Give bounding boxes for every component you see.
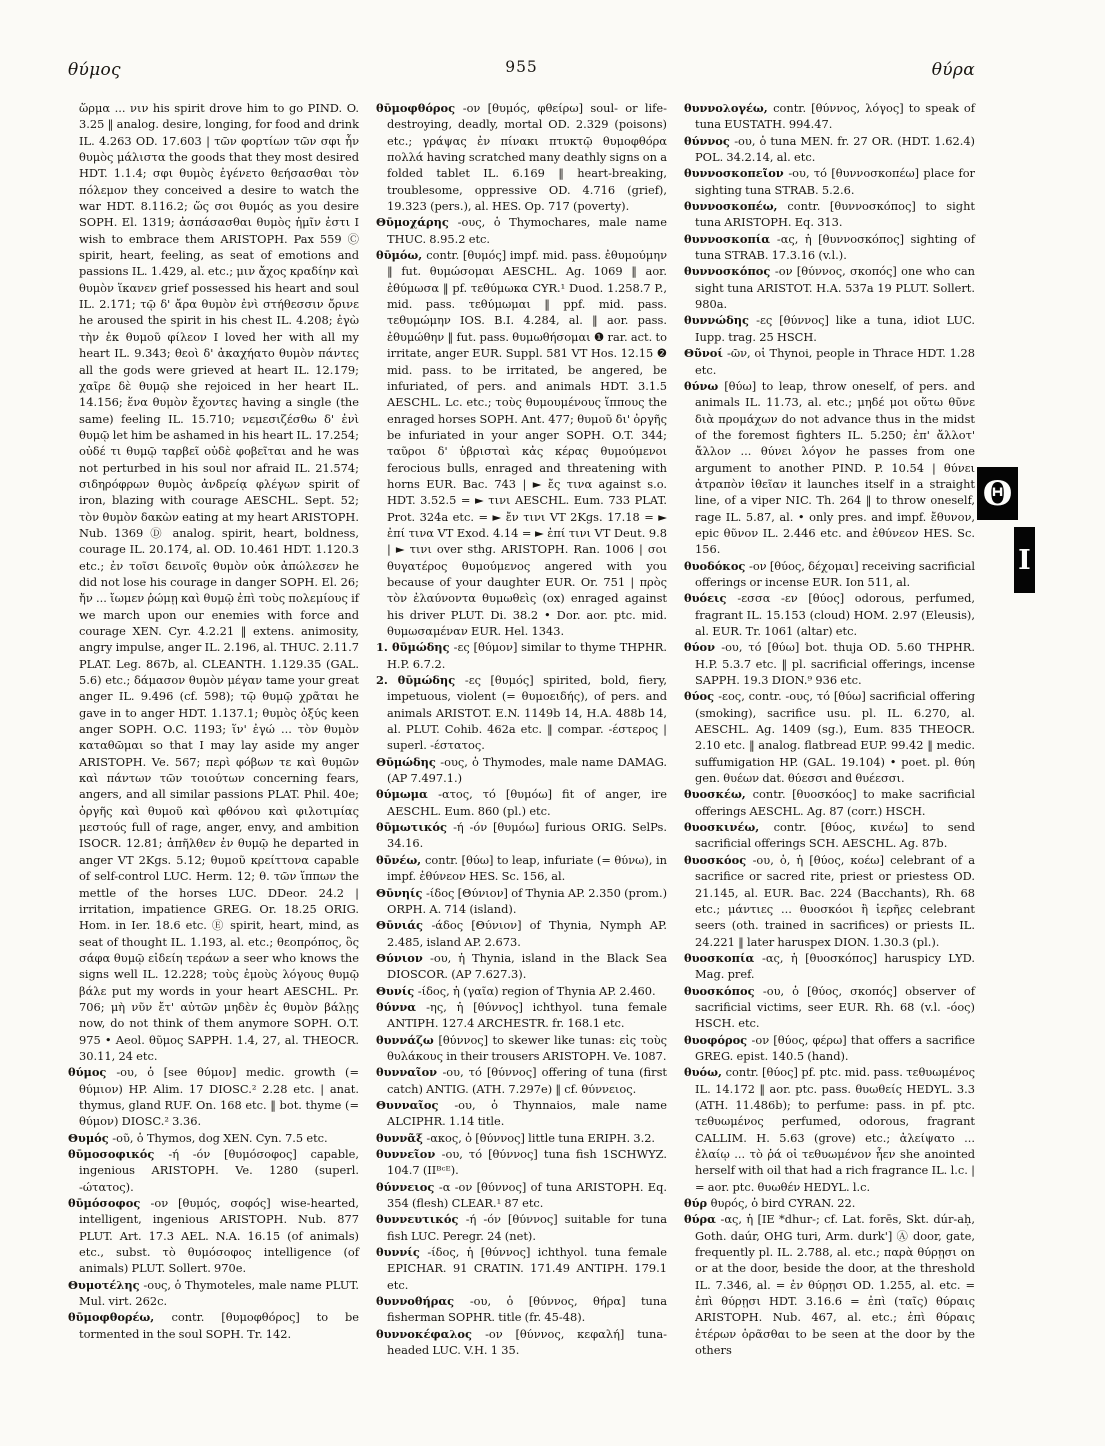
- dictionary-entry: θυννοθήρας -ου, ὁ [θύννος, θήρα] tuna fi…: [376, 1293, 667, 1326]
- page-header: θύμος 955 θύρα: [68, 58, 975, 88]
- dictionary-entry: Θυμός -οῦ, ὁ Thymos, dog XEN. Cyn. 7.5 e…: [68, 1130, 359, 1146]
- entry-headword: θύννα: [376, 1000, 426, 1014]
- dictionary-entry: θῡμόω, contr. [θυμός] impf. mid. pass. ἐ…: [376, 247, 667, 639]
- dictionary-entry: ὥρμα ... νιν his spirit drove him to go …: [68, 100, 359, 1064]
- dictionary-entry: Θυνναῖος -ου, ὁ Thynnaios, male name ALC…: [376, 1097, 667, 1130]
- entry-headword: θύρα: [684, 1212, 721, 1226]
- entry-headword: θυοσκινέω,: [684, 820, 774, 834]
- entry-headword: Θῡνηίς: [376, 886, 426, 900]
- entry-headword: Θῡμώδης: [376, 755, 440, 769]
- dictionary-entry: θύννα -ης, ἡ [θύννος] ichthyol. tuna fem…: [376, 999, 667, 1032]
- dictionary-entry: θυοσκοπία -ας, ἡ [θυοσκόπος] haruspicy L…: [684, 950, 975, 983]
- entry-headword: Θῦνοί: [684, 346, 727, 360]
- dictionary-entry: θυοφόρος -ον [θύος, φέρω] that offers a …: [684, 1032, 975, 1065]
- entry-headword: θῡμόσοφος: [68, 1196, 151, 1210]
- page-number: 955: [68, 58, 975, 76]
- entry-headword: θυόεις: [684, 591, 737, 605]
- dictionary-entry: θυννοσκοπία -ας, ἡ [θυννοσκόπος] sightin…: [684, 231, 975, 264]
- entry-headword: θύνω: [684, 379, 724, 393]
- dictionary-entry: 1. θῡμώδης -ες [θύμον] similar to thyme …: [376, 639, 667, 672]
- dictionary-entry: θύννος -ου, ὁ tuna MEN. fr. 27 OR. (HDT.…: [684, 133, 975, 166]
- entry-headword: θυννοσκοπία: [684, 232, 777, 246]
- entry-headword: θυννάζω: [376, 1033, 438, 1047]
- text-column-2: θῡμοφθόρος -ον [θυμός, φθείρω] soul- or …: [376, 100, 667, 1358]
- entry-headword: Θυνίς: [376, 984, 418, 998]
- dictionary-entry: θυννοσκοπεῖον -ου, τό [θυννοσκοπέω] plac…: [684, 165, 975, 198]
- entry-headword: θυννολογέω,: [684, 101, 773, 115]
- dictionary-entry: Θῡνιάς -άδος [Θύνιον] of Thynia, Nymph A…: [376, 917, 667, 950]
- entry-headword: θυννοθήρας: [376, 1294, 470, 1308]
- dictionary-entry: θύννειος -α -ον [θύννος] of tuna ARISTOP…: [376, 1179, 667, 1212]
- entry-headword: Θῡμοχάρης: [376, 215, 458, 229]
- thumb-index-volume-mark: I: [1014, 527, 1035, 593]
- text-columns: ὥρμα ... νιν his spirit drove him to go …: [68, 100, 975, 1358]
- dictionary-entry: θυοσκέω, contr. [θυοσκόος] to make sacri…: [684, 786, 975, 819]
- entry-headword: 1. θῡμώδης: [376, 640, 454, 654]
- dictionary-entry: θυοσκόπος -ου, ὁ [θύος, σκοπός] observer…: [684, 983, 975, 1032]
- entry-headword: θυννοσκοπέω,: [684, 199, 787, 213]
- entry-headword: θυόω,: [684, 1065, 726, 1079]
- text-column-1: ὥρμα ... νιν his spirit drove him to go …: [68, 100, 359, 1358]
- entry-headword: θυννοκέφαλος: [376, 1327, 485, 1341]
- entry-headword: θῡνέω,: [376, 853, 425, 867]
- entry-headword: θυννεῖον: [376, 1147, 442, 1161]
- entry-headword: θυννᾶξ: [376, 1131, 426, 1145]
- dictionary-entry: θυοδόκος -ον [θύος, δέχομαι] receiving s…: [684, 558, 975, 591]
- dictionary-entry: θύμος -ου, ὁ [see θύμον] medic. growth (…: [68, 1064, 359, 1129]
- dictionary-entry: θῡνέω, contr. [θύω] to leap, infuriate (…: [376, 852, 667, 885]
- entry-headword: θυννίς: [376, 1245, 427, 1259]
- entry-headword: θύμος: [68, 1065, 116, 1079]
- dictionary-entry: θυννοσκοπέω, contr. [θυννοσκόπος] to sig…: [684, 198, 975, 231]
- dictionary-entry: θυννοκέφαλος -ον [θύννος, κεφαλή] tuna-h…: [376, 1326, 667, 1359]
- entry-headword: θῡμοφθόρος: [376, 101, 463, 115]
- entry-headword: θυνναῖον: [376, 1065, 442, 1079]
- entry-headword: θυννοσκόπος: [684, 264, 775, 278]
- entry-headword: 2. θῡμώδης: [376, 673, 465, 687]
- dictionary-entry: 2. θῡμώδης -ες [θυμός] spirited, bold, f…: [376, 672, 667, 754]
- dictionary-entry: θῡμωτικός -ή -όν [θυμόω] furious ORIG. S…: [376, 819, 667, 852]
- dictionary-page: θύμος 955 θύρα ὥρμα ... νιν his spirit d…: [0, 0, 1105, 1446]
- entry-headword: Θύνιον: [376, 951, 430, 965]
- entry-headword: θυννευτικός: [376, 1212, 466, 1226]
- entry-headword: θῡμόω,: [376, 248, 426, 262]
- dictionary-entry: Θύνιον -ου, ἡ Thynia, island in the Blac…: [376, 950, 667, 983]
- dictionary-entry: θῡμοφθορέω, contr. [θυμοφθόρος] to be to…: [68, 1309, 359, 1342]
- dictionary-entry: θυνναῖον -ου, τό [θύννος] offering of tu…: [376, 1064, 667, 1097]
- dictionary-entry: Θυνίς -ίδος, ἡ (γαῖα) region of Thynia A…: [376, 983, 667, 999]
- entry-headword: θύννος: [684, 134, 734, 148]
- entry-headword: θύος: [684, 689, 718, 703]
- dictionary-entry: θύρα -ας, ἡ [IE *dhur-; cf. Lat. forēs, …: [684, 1211, 975, 1358]
- dictionary-entry: Θῡμοχάρης -ους, ὁ Thymochares, male name…: [376, 214, 667, 247]
- dictionary-entry: θυννίς -ίδος, ἡ [θύννος] ichthyol. tuna …: [376, 1244, 667, 1293]
- dictionary-entry: Θῡνηίς -ίδος [Θύνιον] of Thynia AP. 2.35…: [376, 885, 667, 918]
- entry-headword: Θυμοτέλης: [68, 1278, 143, 1292]
- entry-headword: θυοδόκος: [684, 559, 749, 573]
- dictionary-entry: θῡμοσοφικός -ή -όν [θυμόσοφος] capable, …: [68, 1146, 359, 1195]
- dictionary-entry: θυννάζω [θύννος] to skewer like tunas: ε…: [376, 1032, 667, 1065]
- entry-headword: θυοσκέω,: [684, 787, 753, 801]
- dictionary-entry: θύον -ου, τό [θύω] bot. thuja OD. 5.60 T…: [684, 639, 975, 688]
- dictionary-entry: θυννευτικός -ή -όν [θύννος] suitable for…: [376, 1211, 667, 1244]
- entry-headword: Θυνναῖος: [376, 1098, 454, 1112]
- dictionary-entry: θυοσκινέω, contr. [θύος, κινέω] to send …: [684, 819, 975, 852]
- dictionary-entry: θύμωμα -ατος, τό [θυμόω] fit of anger, i…: [376, 786, 667, 819]
- entry-headword: θυοσκόπος: [684, 984, 763, 998]
- running-head-right: θύρα: [932, 60, 975, 80]
- entry-headword: θύρ: [684, 1196, 711, 1210]
- dictionary-entry: θυόεις -εσσα -εν [θύος] odorous, perfume…: [684, 590, 975, 639]
- entry-headword: Θῡνιάς: [376, 918, 431, 932]
- dictionary-entry: θυννᾶξ -ακος, ὁ [θύννος] little tuna ERI…: [376, 1130, 667, 1146]
- dictionary-entry: θυννοσκόπος -ον [θύννος, σκοπός] one who…: [684, 263, 975, 312]
- entry-headword: θύον: [684, 640, 721, 654]
- entry-headword: θυοσκοπία: [684, 951, 762, 965]
- entry-headword: θῡμοσοφικός: [68, 1147, 168, 1161]
- dictionary-entry: θῡμόσοφος -ον [θυμός, σοφός] wise-hearte…: [68, 1195, 359, 1277]
- dictionary-entry: Θῡμώδης -ους, ὁ Thymodes, male name DAMA…: [376, 754, 667, 787]
- entry-headword: θυννώδης: [684, 313, 756, 327]
- dictionary-entry: θύρ θυρός, ὁ bird CYRAN. 22.: [684, 1195, 975, 1211]
- entry-headword: θυννοσκοπεῖον: [684, 166, 788, 180]
- dictionary-entry: θυννώδης -ες [θύννος] like a tuna, idiot…: [684, 312, 975, 345]
- entry-headword: θύννειος: [376, 1180, 439, 1194]
- dictionary-entry: θυόω, contr. [θύος] pf. ptc. mid. pass. …: [684, 1064, 975, 1195]
- entry-headword: Θυμός: [68, 1131, 112, 1145]
- dictionary-entry: Θυμοτέλης -ους, ὁ Thymoteles, male name …: [68, 1277, 359, 1310]
- dictionary-entry: θύνω [θύω] to leap, throw oneself, of pe…: [684, 378, 975, 558]
- thumb-index-letter-tab: Θ: [977, 467, 1018, 520]
- dictionary-entry: θῡμοφθόρος -ον [θυμός, φθείρω] soul- or …: [376, 100, 667, 214]
- entry-headword: θυοφόρος: [684, 1033, 752, 1047]
- dictionary-entry: Θῦνοί -ῶν, οἱ Thynoi, people in Thrace H…: [684, 345, 975, 378]
- entry-headword: θῡμωτικός: [376, 820, 453, 834]
- text-column-3: θυννολογέω, contr. [θύννος, λόγος] to sp…: [684, 100, 975, 1358]
- entry-headword: θυοσκόος: [684, 853, 753, 867]
- entry-headword: θῡμοφθορέω,: [68, 1310, 171, 1324]
- dictionary-entry: θυννολογέω, contr. [θύννος, λόγος] to sp…: [684, 100, 975, 133]
- dictionary-entry: θυοσκόος -ου, ὁ, ἡ [θύος, κοέω] celebran…: [684, 852, 975, 950]
- dictionary-entry: θύος -εος, contr. -ους, τό [θύω] sacrifi…: [684, 688, 975, 786]
- dictionary-entry: θυννεῖον -ου, τό [θύννος] tuna fish 1SCH…: [376, 1146, 667, 1179]
- entry-headword: θύμωμα: [376, 787, 438, 801]
